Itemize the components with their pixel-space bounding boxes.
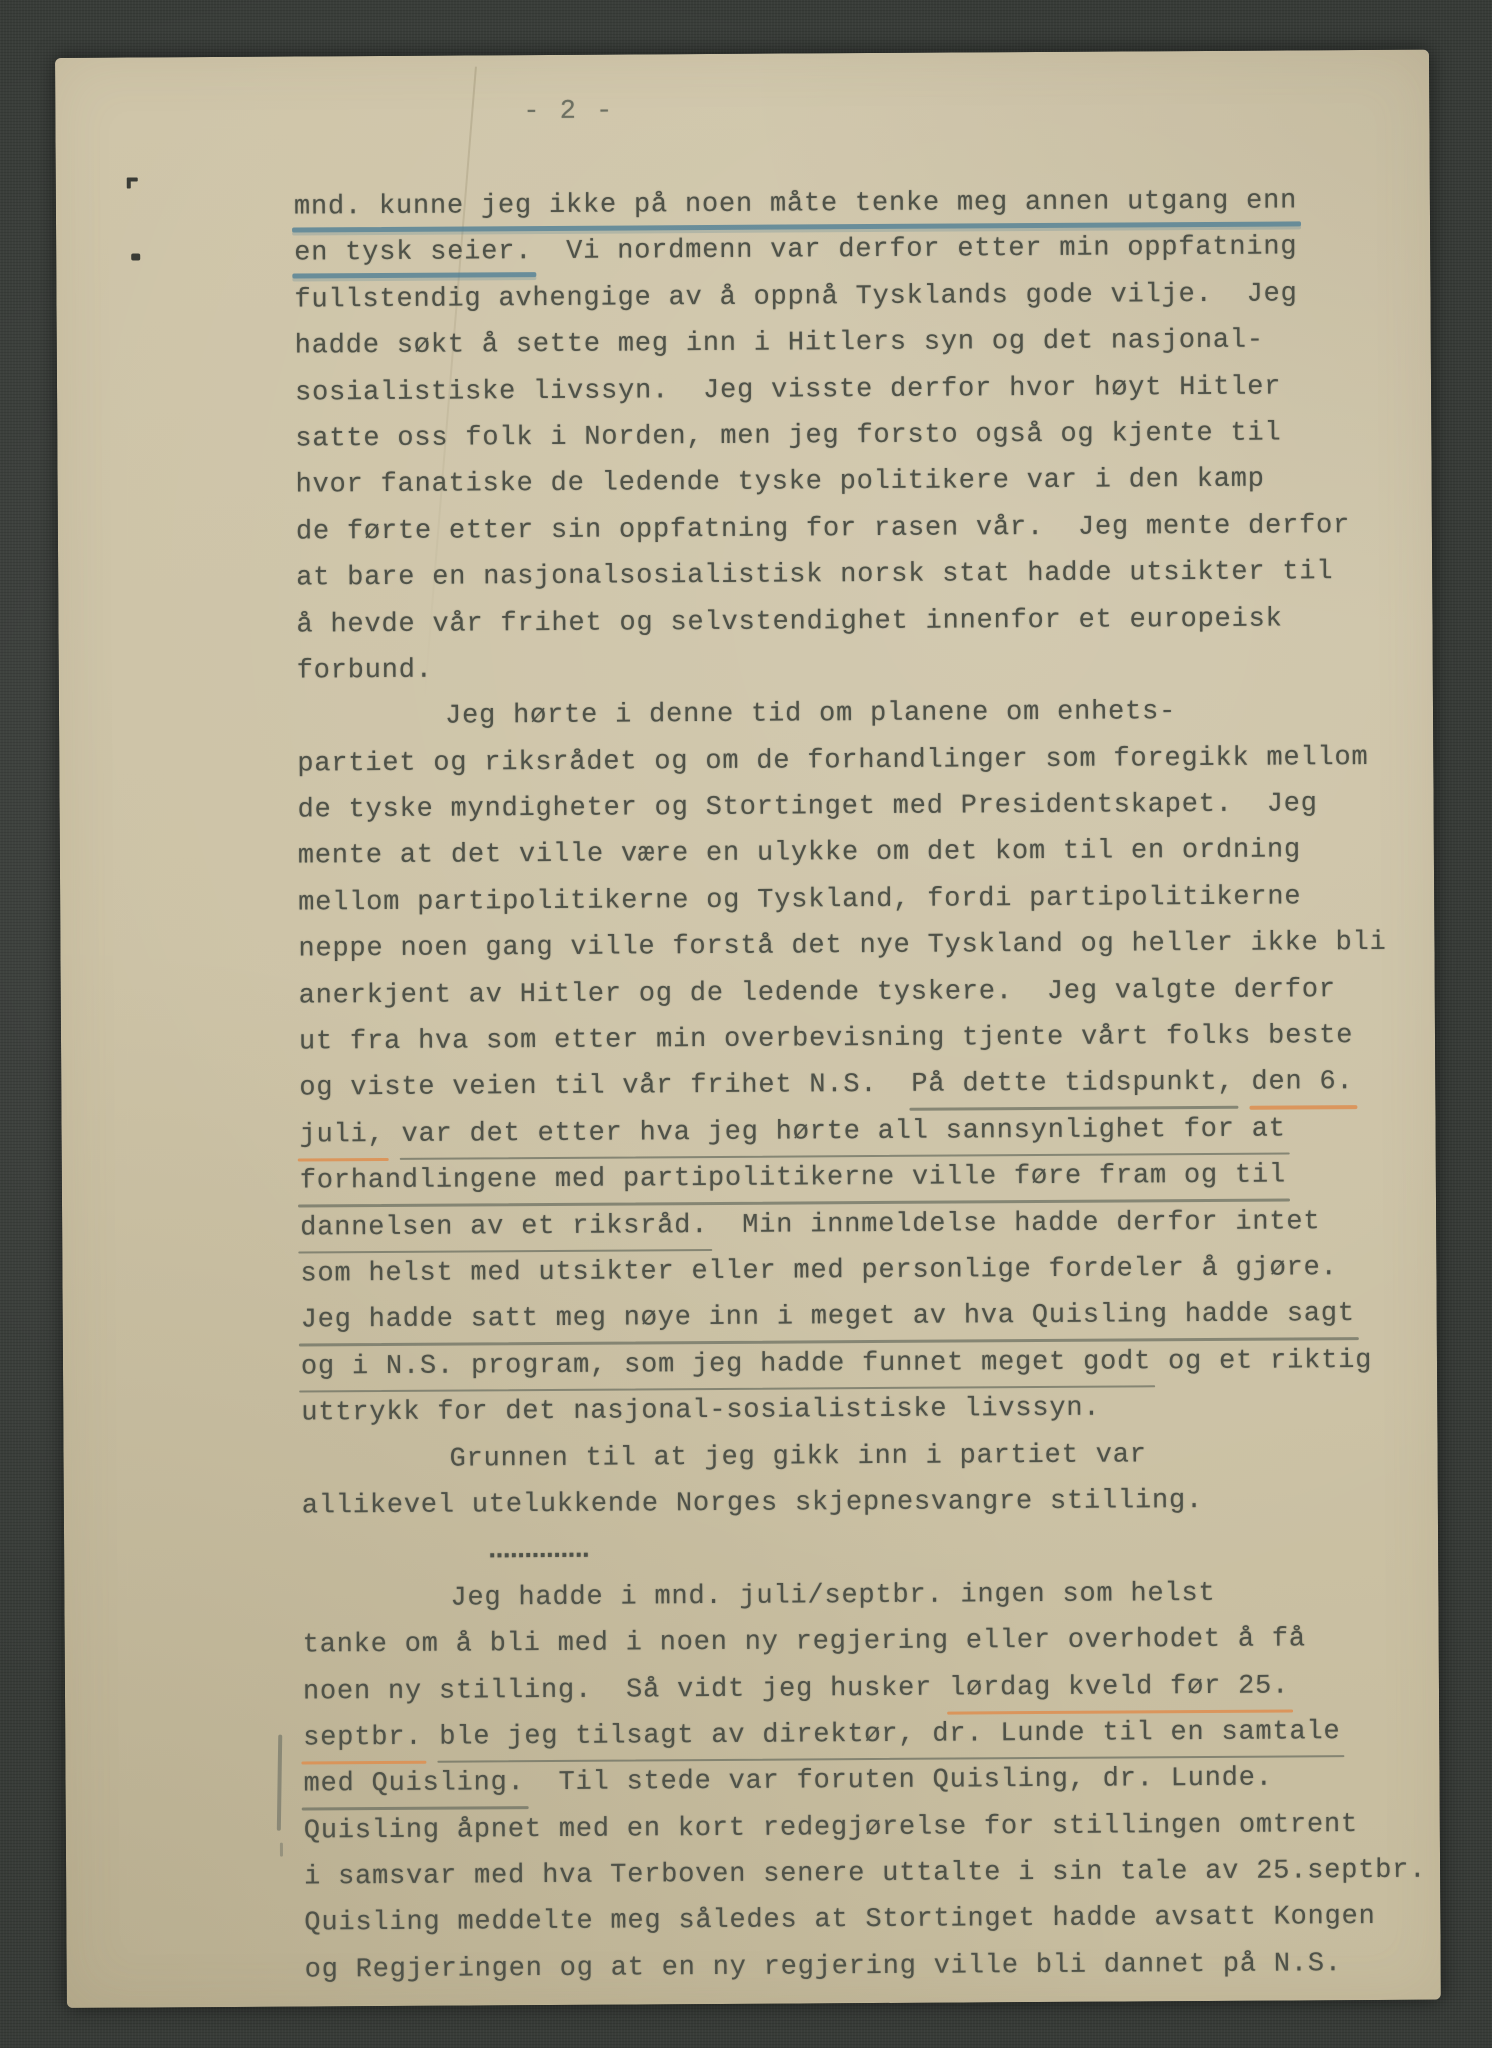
text-segment: Quisling åpnet med en kort redegjørelse … xyxy=(304,1810,1358,1846)
text-line: satte oss folk i Norden, men jeg forsto … xyxy=(295,409,1475,463)
text-segment: og Regjeringen og at en ny regjering vil… xyxy=(305,1949,1342,1985)
text-line: at bare en nasjonalsosialistisk norsk st… xyxy=(296,548,1476,602)
text-line: neppe noen gang ville forstå det nye Tys… xyxy=(298,920,1478,974)
underlined-text: den 6. xyxy=(1251,1068,1353,1099)
text-line: og viste veien til vår frihet N.S. På de… xyxy=(299,1059,1479,1113)
text-segment: at bare en nasjonalsosialistisk norsk st… xyxy=(296,557,1333,593)
text-segment: de tyske myndigheter og Stortinget med P… xyxy=(298,789,1318,825)
text-line: hvor fanatiske de ledende tyske politike… xyxy=(295,456,1475,510)
text-line: dannelsen av et riksråd. Min innmeldelse… xyxy=(300,1198,1480,1252)
text-segment: anerkjent av Hitler og de ledende tysker… xyxy=(299,975,1336,1011)
text-segment xyxy=(385,1120,402,1150)
text-segment: Jeg hadde i mnd. juli/septbr. ingen som … xyxy=(450,1579,1215,1614)
text-segment: mellom partipolitikerne og Tyskland, for… xyxy=(298,882,1301,918)
text-line: anerkjent av Hitler og de ledende tysker… xyxy=(299,966,1479,1020)
text-segment: å hevde vår frihet og selvstendighet inn… xyxy=(296,604,1282,640)
text-line: Jeg hørte i denne tid om planene om enhe… xyxy=(297,688,1477,742)
text-line: juli, var det etter hva jeg hørte all sa… xyxy=(299,1105,1479,1159)
text-line: mnd. kunne jeg ikke på noen måte tenke m… xyxy=(294,177,1474,231)
text-line: forbund. xyxy=(297,641,1477,695)
text-line: noen ny stilling. Så vidt jeg husker lør… xyxy=(303,1662,1483,1716)
underlined-text: septbr. xyxy=(303,1723,422,1754)
text-line: tanke om å bli med i noen ny regjering e… xyxy=(303,1615,1483,1669)
text-line: Quisling meddelte meg således at Stortin… xyxy=(304,1894,1484,1948)
text-segment: partiet og riksrådet og om de forhandlin… xyxy=(297,743,1368,780)
text-segment xyxy=(1234,1068,1251,1098)
text-line: og i N.S. program, som jeg hadde funnet … xyxy=(301,1337,1481,1391)
text-line: i samsvar med hva Terboven senere uttalt… xyxy=(304,1847,1484,1901)
text-segment: og viste veien til vår frihet N.S. xyxy=(299,1070,911,1104)
margin-pencil-tick xyxy=(280,1843,283,1857)
text-segment: neppe noen gang ville forstå det nye Tys… xyxy=(298,928,1386,965)
text-line: septbr. ble jeg tilsagt av direktør, dr.… xyxy=(303,1708,1483,1762)
text-line: ut fra hva som etter min overbevisning t… xyxy=(299,1012,1479,1066)
text-line: .............. xyxy=(302,1523,1482,1577)
text-segment: som helst med utsikter eller med personl… xyxy=(300,1253,1337,1289)
underlined-text: På dette tidspunkt, xyxy=(911,1068,1234,1100)
underlined-text: juli, xyxy=(299,1120,384,1151)
text-segment: Til stede var foruten Quisling, dr. Lund… xyxy=(525,1764,1273,1799)
scan-background: - 2 - mnd. kunne jeg ikke på noen måte t… xyxy=(0,0,1492,2048)
underlined-text: mnd. kunne jeg ikke på noen måte tenke m… xyxy=(294,186,1297,222)
text-line: mente at det ville være en ulykke om det… xyxy=(298,827,1478,881)
text-segment: Quisling meddelte meg således at Stortin… xyxy=(304,1902,1375,1939)
text-line: uttrykk for det nasjonal-sosialistiske l… xyxy=(301,1383,1481,1437)
text-segment: Jeg hørte i denne tid om planene om enhe… xyxy=(445,697,1176,731)
text-line: Grunnen til at jeg gikk inn i partiet va… xyxy=(301,1430,1481,1484)
text-segment: hadde søkt å sette meg inn i Hitlers syn… xyxy=(295,326,1264,362)
text-line: Quisling åpnet med en kort redegjørelse … xyxy=(304,1801,1484,1855)
text-line: de førte etter sin oppfatning for rasen … xyxy=(296,502,1476,556)
underlined-text: en tysk seier. xyxy=(294,237,532,268)
text-segment: sosialistiske livssyn. Jeg visste derfor… xyxy=(295,372,1281,408)
text-segment: noen ny stilling. Så vidt jeg husker xyxy=(303,1673,949,1707)
text-segment: allikevel utelukkende Norges skjepnesvan… xyxy=(302,1486,1203,1522)
underlined-text: og i N.S. program, som jeg hadde funnet … xyxy=(301,1347,1151,1382)
stray-ink-mark-top xyxy=(127,177,139,188)
text-line: Jeg hadde satt meg nøye inn i meget av h… xyxy=(301,1291,1481,1345)
text-segment: de førte etter sin oppfatning for rasen … xyxy=(296,511,1350,547)
text-line: og Regjeringen og at en ny regjering vil… xyxy=(305,1940,1485,1994)
text-segment: uttrykk for det nasjonal-sosialistiske l… xyxy=(301,1394,1100,1429)
underlined-text: dannelsen av et riksråd. xyxy=(300,1211,708,1243)
underlined-text: var det etter hva jeg hørte all sannsynl… xyxy=(402,1114,1286,1149)
underlined-text: med Quisling. xyxy=(303,1768,524,1799)
page-number: - 2 - xyxy=(523,97,614,128)
text-segment: satte oss folk i Norden, men jeg forsto … xyxy=(295,418,1281,454)
paper-sheet: - 2 - mnd. kunne jeg ikke på noen måte t… xyxy=(55,50,1441,2008)
stray-ink-mark-bottom xyxy=(131,253,140,260)
text-line: allikevel utelukkende Norges skjepnesvan… xyxy=(302,1476,1482,1530)
text-line: en tysk seier. Vi nordmenn var derfor et… xyxy=(294,224,1474,278)
text-line: som helst med utsikter eller med personl… xyxy=(300,1244,1480,1298)
text-line: sosialistiske livssyn. Jeg visste derfor… xyxy=(295,363,1475,417)
text-segment: Min innmeldelse hadde derfor intet xyxy=(708,1207,1320,1241)
text-line: fullstendig avhengige av å oppnå Tysklan… xyxy=(294,270,1474,324)
text-line: Jeg hadde i mnd. juli/septbr. ingen som … xyxy=(302,1569,1482,1623)
text-body: mnd. kunne jeg ikke på noen måte tenke m… xyxy=(294,177,1485,1993)
text-line: med Quisling. Til stede var foruten Quis… xyxy=(303,1755,1483,1809)
text-segment: Grunnen til at jeg gikk inn i partiet va… xyxy=(449,1440,1146,1474)
margin-pencil-line xyxy=(277,1735,282,1831)
text-segment: tanke om å bli med i noen ny regjering e… xyxy=(303,1624,1306,1660)
text-segment: Vi nordmenn var derfor etter min oppfatn… xyxy=(532,233,1297,268)
text-line: forhandlingene med partipolitikerne vill… xyxy=(300,1152,1480,1206)
text-line: de tyske myndigheter og Stortinget med P… xyxy=(297,780,1477,834)
text-segment: forbund. xyxy=(297,656,433,687)
text-segment: ut fra hva som etter min overbevisning t… xyxy=(299,1021,1353,1057)
text-segment xyxy=(422,1723,439,1753)
text-segment: i samsvar med hva Terboven senere uttalt… xyxy=(304,1856,1426,1893)
underlined-text: lørdag kveld før 25. xyxy=(949,1671,1289,1703)
text-segment: og et riktig xyxy=(1151,1346,1372,1377)
text-line: hadde søkt å sette meg inn i Hitlers syn… xyxy=(295,317,1475,371)
text-line: mellom partipolitikerne og Tyskland, for… xyxy=(298,873,1478,927)
underlined-text: Jeg hadde satt meg nøye inn i meget av h… xyxy=(301,1299,1355,1335)
text-segment: fullstendig avhengige av å oppnå Tysklan… xyxy=(294,279,1297,315)
text-line: partiet og riksrådet og om de forhandlin… xyxy=(297,734,1477,788)
text-line: å hevde vår frihet og selvstendighet inn… xyxy=(296,595,1476,649)
text-segment: hvor fanatiske de ledende tyske politike… xyxy=(296,465,1265,501)
text-segment: mente at det ville være en ulykke om det… xyxy=(298,836,1301,872)
underlined-text: ble jeg tilsagt av direktør, dr. Lunde t… xyxy=(439,1717,1340,1753)
text-segment: .............. xyxy=(484,1536,585,1567)
underlined-text: forhandlingene med partipolitikerne vill… xyxy=(300,1161,1286,1197)
